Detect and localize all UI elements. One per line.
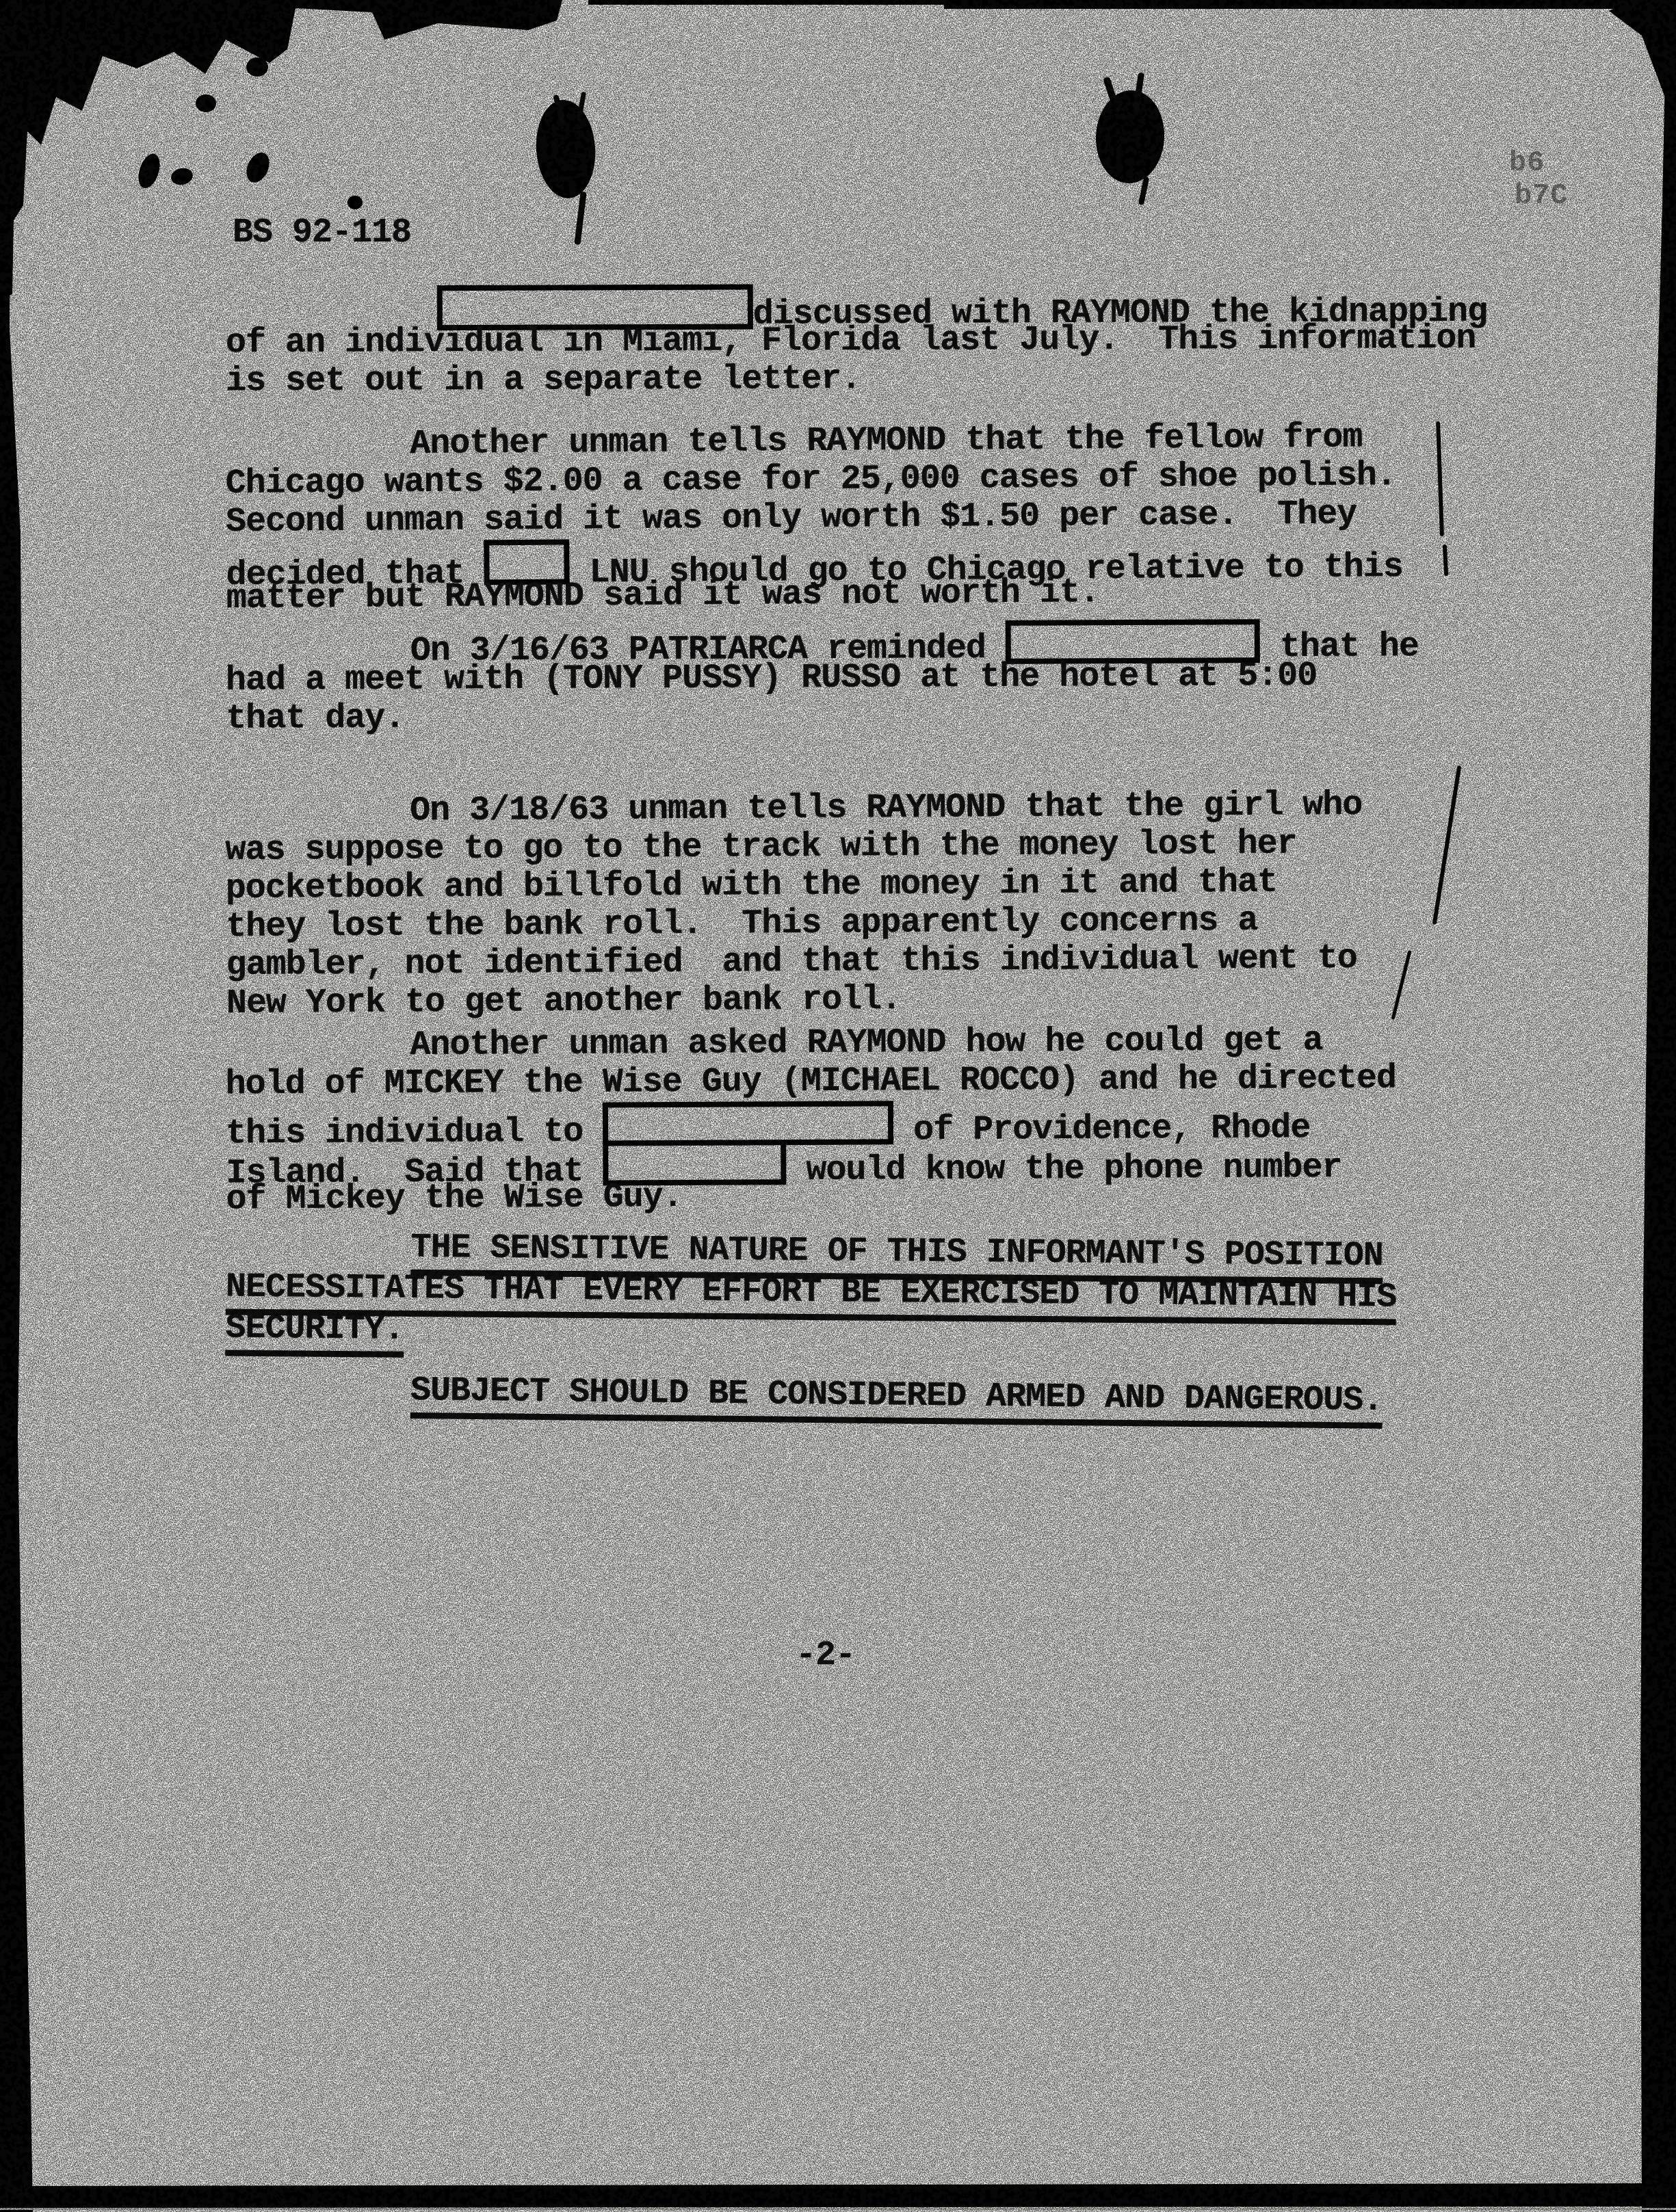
punch-stem-mark — [574, 192, 586, 246]
margin-pen-mark — [1436, 421, 1444, 536]
ink-spot — [135, 151, 164, 191]
margin-pen-mark — [1391, 950, 1411, 1020]
margin-pen-mark — [1432, 765, 1462, 925]
ink-spot — [170, 166, 194, 187]
ink-spot — [242, 149, 274, 186]
ink-spot — [348, 196, 363, 209]
margin-pen-mark — [1443, 544, 1448, 576]
ink-spot — [196, 94, 216, 112]
hole-punch-mark — [533, 98, 599, 200]
scanned-document-page: { "page": { "width": 2450, "height": 323… — [0, 0, 1676, 2212]
hole-punch-mark — [1094, 88, 1167, 185]
document-page: BS 92-118 b6 b7C -2- discussed with RAYM… — [0, 0, 1676, 2212]
ink-spot — [246, 57, 268, 77]
scan-artifacts — [0, 0, 1676, 2212]
